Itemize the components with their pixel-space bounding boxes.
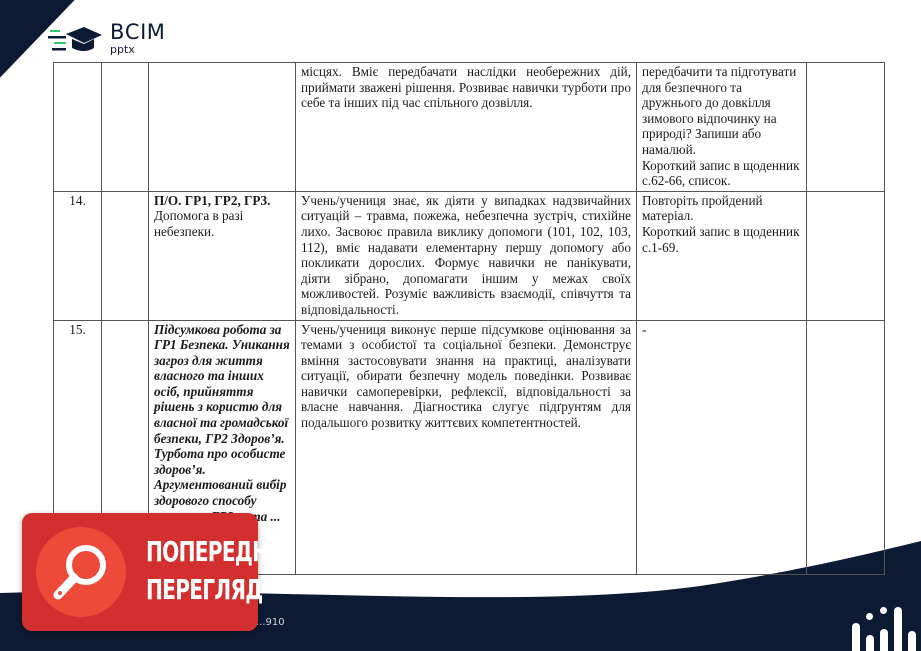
row-homework: -	[637, 320, 807, 574]
brand-subtitle: pptx	[110, 44, 165, 55]
row-outcomes: Учень/учениця виконує перше підсумкове о…	[296, 320, 637, 574]
row-homework: Повторіть пройдений матеріал. Короткий з…	[637, 191, 807, 320]
row-col2	[102, 63, 149, 192]
graduation-cap-icon	[48, 24, 104, 54]
table-row: місцях. Вміє передбачати наслідки необер…	[54, 63, 885, 192]
row-number: 14.	[54, 191, 102, 320]
brand-logo: ВСІМ pptx	[48, 22, 165, 55]
row-notes	[807, 320, 885, 574]
lesson-plan-table: місцях. Вміє передбачати наслідки необер…	[53, 62, 885, 575]
row-outcomes: Учень/учениця знає, як діяти у випадках …	[296, 191, 637, 320]
row-topic	[149, 63, 296, 192]
row-homework: передбачити та підготувати для безпечног…	[637, 63, 807, 192]
magnifier-icon	[36, 527, 126, 617]
preview-label: ПОПЕРЕДНІЙ ПЕРЕГЛЯД	[146, 533, 291, 609]
footer-bars-decoration	[850, 585, 920, 651]
row-col2	[102, 191, 149, 320]
row-notes	[807, 63, 885, 192]
table-row: 14. П/О. ГР1, ГР2, ГР3. Допомога в разі …	[54, 191, 885, 320]
row-outcomes: місцях. Вміє передбачати наслідки необер…	[296, 63, 637, 192]
row-number	[54, 63, 102, 192]
preview-badge[interactable]: ПОПЕРЕДНІЙ ПЕРЕГЛЯД	[22, 513, 258, 631]
footer-text: ...910	[256, 617, 285, 628]
row-notes	[807, 191, 885, 320]
brand-title: ВСІМ	[110, 22, 165, 43]
row-topic: П/О. ГР1, ГР2, ГР3. Допомога в разі небе…	[149, 191, 296, 320]
